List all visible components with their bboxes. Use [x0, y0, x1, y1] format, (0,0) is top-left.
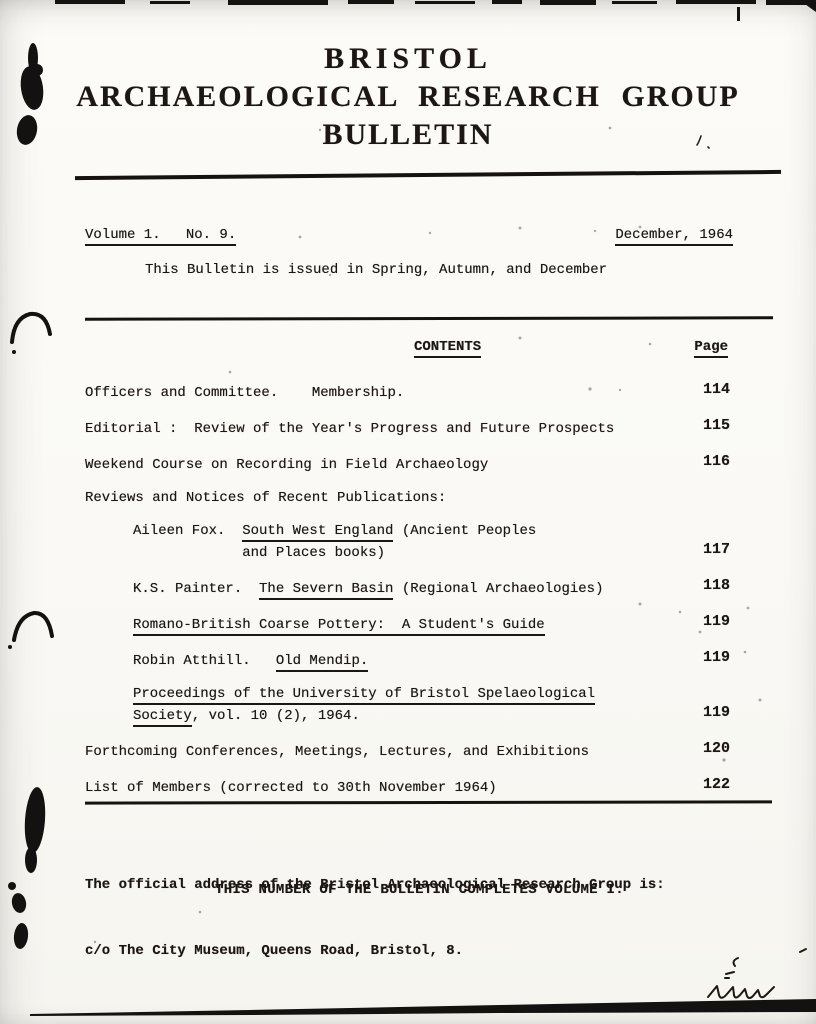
- toc-row: Robin Atthill. Old Mendip.119: [85, 647, 730, 672]
- toc-entry-text: Officers and Committee. Membership.: [85, 382, 404, 404]
- toc-entry-text: Weekend Course on Recording in Field Arc…: [85, 454, 488, 476]
- toc-page-number: 122: [700, 774, 730, 796]
- toc-entry-segment: Robin Atthill.: [133, 653, 276, 669]
- toc-row: Proceedings of the University of Bristol…: [85, 683, 730, 727]
- toc-entry-segment: List of Members (corrected to 30th Novem…: [85, 780, 497, 796]
- masthead: BRISTOL ARCHAEOLOGICAL RESEARCH GROUP BU…: [0, 40, 816, 154]
- footer-closing-note: THIS NUMBER OF THE BULLETIN COMPLETES VO…: [215, 882, 624, 898]
- toc-row: List of Members (corrected to 30th Novem…: [85, 774, 730, 799]
- toc-entry-segment: (Regional Archaeologies): [393, 581, 603, 597]
- toc-entry-text: K.S. Painter. The Severn Basin (Regional…: [85, 578, 604, 600]
- toc-entry-text: Reviews and Notices of Recent Publicatio…: [85, 487, 446, 509]
- toc-page-number: 115: [700, 415, 730, 437]
- toc-entry-text: Forthcoming Conferences, Meetings, Lectu…: [85, 741, 589, 763]
- toc-page-number: 119: [700, 702, 730, 724]
- toc-entry-line: K.S. Painter. The Severn Basin (Regional…: [133, 578, 604, 600]
- toc-entry-line: Editorial : Review of the Year's Progres…: [85, 418, 614, 440]
- toc-entry-line: Proceedings of the University of Bristol…: [133, 683, 595, 705]
- footer-address: The official address of the Bristol Arch…: [85, 830, 665, 984]
- toc-entry-segment: Editorial : Review of the Year's Progres…: [85, 421, 614, 437]
- toc-entry-text: Aileen Fox. South West England (Ancient …: [85, 520, 536, 564]
- toc-entry-line: Society, vol. 10 (2), 1964.: [133, 705, 595, 727]
- toc-entry-text: Proceedings of the University of Bristol…: [85, 683, 595, 727]
- toc-entry-segment: Proceedings of the University of Bristol…: [133, 686, 595, 705]
- toc-row: K.S. Painter. The Severn Basin (Regional…: [85, 575, 730, 600]
- toc-entry-line: Weekend Course on Recording in Field Arc…: [85, 454, 488, 476]
- toc-page-number: 116: [700, 451, 730, 473]
- toc-page-number: 118: [700, 575, 730, 597]
- toc-row: Forthcoming Conferences, Meetings, Lectu…: [85, 738, 730, 763]
- toc-entry-segment: Old Mendip.: [276, 653, 368, 672]
- toc-row: Romano-British Coarse Pottery: A Student…: [85, 611, 730, 636]
- issue-date: December, 1964: [615, 227, 733, 246]
- toc-row: Editorial : Review of the Year's Progres…: [85, 415, 730, 440]
- toc-page-number: 114: [700, 379, 730, 401]
- toc-entry-line: List of Members (corrected to 30th Novem…: [85, 777, 497, 799]
- toc-entry-segment: The Severn Basin: [259, 581, 393, 600]
- toc-entry-text: List of Members (corrected to 30th Novem…: [85, 777, 497, 799]
- table-of-contents: Officers and Committee. Membership.114Ed…: [85, 379, 730, 810]
- footer-address-line-2: c/o The City Museum, Queens Road, Bristo…: [85, 940, 665, 962]
- masthead-line-3: BULLETIN: [0, 116, 816, 154]
- toc-entry-line: Aileen Fox. South West England (Ancient …: [133, 520, 536, 542]
- issued-note: This Bulletin is issued in Spring, Autum…: [145, 262, 607, 278]
- toc-entry-segment: Aileen Fox.: [133, 523, 242, 539]
- toc-entry-line: Reviews and Notices of Recent Publicatio…: [85, 487, 446, 509]
- toc-entry-text: Robin Atthill. Old Mendip.: [85, 650, 368, 672]
- contents-page-label: Page: [694, 339, 728, 358]
- toc-entry-segment: Romano-British Coarse Pottery: A Student…: [133, 617, 545, 636]
- toc-entry-segment: Forthcoming Conferences, Meetings, Lectu…: [85, 744, 589, 760]
- toc-page-number: 119: [700, 611, 730, 633]
- toc-row: Reviews and Notices of Recent Publicatio…: [85, 487, 730, 509]
- masthead-line-1: BRISTOL: [0, 40, 816, 78]
- toc-entry-line: Officers and Committee. Membership.: [85, 382, 404, 404]
- toc-entry-segment: Reviews and Notices of Recent Publicatio…: [85, 490, 446, 506]
- toc-row: Officers and Committee. Membership.114: [85, 379, 730, 404]
- issue-line: Volume 1. No. 9. December, 1964: [85, 227, 733, 246]
- toc-entry-segment: K.S. Painter.: [133, 581, 259, 597]
- toc-page-number: 120: [700, 738, 730, 760]
- toc-page-number: 119: [700, 647, 730, 669]
- toc-page-number: 117: [700, 539, 730, 561]
- toc-entry-segment: Officers and Committee. Membership.: [85, 385, 404, 401]
- toc-row: Aileen Fox. South West England (Ancient …: [85, 520, 730, 564]
- toc-entry-segment: (Ancient Peoples: [393, 523, 536, 539]
- toc-entry-segment: Society: [133, 708, 192, 727]
- toc-row: Weekend Course on Recording in Field Arc…: [85, 451, 730, 476]
- toc-entry-line: Forthcoming Conferences, Meetings, Lectu…: [85, 741, 589, 763]
- toc-entry-segment: , vol. 10 (2), 1964.: [192, 708, 360, 724]
- toc-entry-text: Editorial : Review of the Year's Progres…: [85, 418, 614, 440]
- toc-entry-segment: and Places books): [133, 545, 385, 561]
- masthead-line-2: ARCHAEOLOGICAL RESEARCH GROUP: [0, 78, 816, 116]
- toc-entry-text: Romano-British Coarse Pottery: A Student…: [85, 614, 545, 636]
- volume-number: Volume 1. No. 9.: [85, 227, 236, 246]
- toc-entry-line: and Places books): [133, 542, 536, 564]
- toc-entry-line: Romano-British Coarse Pottery: A Student…: [133, 614, 545, 636]
- toc-entry-segment: South West England: [242, 523, 393, 542]
- toc-entry-segment: Weekend Course on Recording in Field Arc…: [85, 457, 488, 473]
- contents-heading: CONTENTS: [414, 339, 481, 358]
- scanned-bulletin-page: { "colors": { "ink": "#1c1712", "paper":…: [0, 0, 816, 1024]
- toc-entry-line: Robin Atthill. Old Mendip.: [133, 650, 368, 672]
